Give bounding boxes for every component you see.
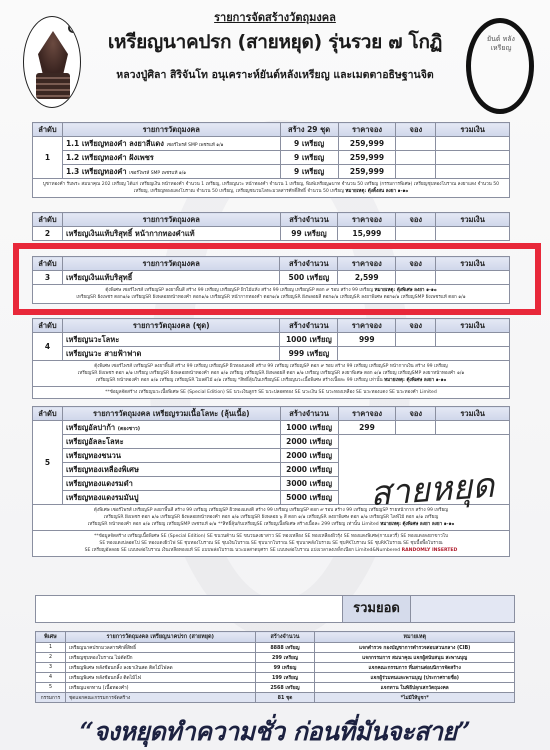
note-row: ตุ้งพิเศษ เซอร์ไพรส์ เหรียญSP ลงยาพื้นสี… — [33, 285, 510, 304]
table-header-row: ลำดับ รายการวัตถุมงคล เหรียญรวมเนื้อโลหะ… — [33, 407, 510, 421]
se-note-row: **ข้อมูลจัดสร้าง เหรียญเนื้อพิเศษ SE (Sp… — [33, 531, 510, 557]
col-price: ราคาจอง — [338, 123, 396, 137]
table-row: 1.3 เหรียญทองคำ เซอร์ไพรส์ SMP เพชรแท้ ๑… — [33, 165, 510, 179]
table-row: 5 เหรียญแจกทาน (เนื้อทองคำ) 2568 เหรียญ … — [36, 683, 515, 693]
doc-subtitle: หลวงปู่ศิลา สิริจันโท อนุเคราะห์ยันต์หลั… — [60, 66, 490, 83]
table-header-row: ลำดับ รายการวัตถุมงคล สร้าง 29 ชุด ราคาจ… — [33, 123, 510, 137]
se-note-row: **ข้อมูลจัดสร้าง เหรียญนวะเนื้อพิเศษ SE … — [33, 387, 510, 399]
total-cell[interactable] — [436, 271, 510, 285]
table-row: 1 เหรียญนาคปรกมวลสารศักดิ์สิทธิ์ 8888 เห… — [36, 643, 515, 653]
table-special: พิเศษ รายการวัตถุมงคล เหรียญนาคปรก (สายห… — [35, 631, 515, 703]
reserve-cell[interactable] — [396, 137, 436, 151]
table-header-row: พิเศษ รายการวัตถุมงคล เหรียญนาคปรก (สายห… — [36, 632, 515, 643]
grand-total-label: รวมยอด — [342, 596, 410, 622]
reserve-cell[interactable] — [396, 227, 436, 241]
grand-total-box: รวมยอด — [35, 595, 515, 623]
reserve-cell[interactable] — [396, 165, 436, 179]
handwritten-signature: สายหยุด — [368, 458, 496, 521]
table-row: 3 เหรียญเงินแท้บริสุทธิ์ 500 เหรียญ 2,59… — [33, 271, 510, 285]
reserve-cell[interactable] — [396, 151, 436, 165]
total-cell[interactable] — [436, 137, 510, 151]
total-cell[interactable] — [436, 421, 510, 435]
table-row: 2 เหรียญเงินแท้บริสุทธิ์ หน้ากากทองคำแท้… — [33, 227, 510, 241]
reserve-cell[interactable] — [396, 421, 436, 435]
total-cell[interactable] — [436, 165, 510, 179]
table-section-1: ลำดับ รายการวัตถุมงคล สร้าง 29 ชุด ราคาจ… — [32, 122, 510, 198]
table-row: 4 เหรียญพิเศษ หลังช้อนกลิ้ง ติดไม้ไฟ 199… — [36, 673, 515, 683]
slogan-tagline: “จงหยุดทำความชั่ว ก่อนที่มันจะสาย” — [0, 712, 550, 750]
note-row: ตุ้งพิเศษ เซอร์ไพรส์ เหรียญSP ลงยาพื้นสี… — [33, 361, 510, 387]
table-row: 5 เหรียญอัลปาก้า (ตองชาว) 1000 เหรียญ 29… — [33, 421, 510, 435]
total-cell[interactable] — [436, 227, 510, 241]
table-header-row: ลำดับ รายการวัตถุมงคล สร้างจำนวน ราคาจอง… — [33, 257, 510, 271]
table-header-row: ลำดับ รายการวัตถุมงคล สร้างจำนวน ราคาจอง… — [33, 213, 510, 227]
table-row: เหรียญอัลละโลหะ 2000 เหรียญ — [33, 435, 510, 449]
reserve-cell[interactable] — [396, 271, 436, 285]
col-item: รายการวัตถุมงคล — [62, 123, 280, 137]
table-row: 1 1.1 เหรียญทองคำ ลงยาสีแดง เซอร์ไพรส์ S… — [33, 137, 510, 151]
col-qty: สร้าง 29 ชุด — [280, 123, 338, 137]
table-row: 4 เหรียญนวะโลหะ 1000 เหรียญ 999 — [33, 333, 510, 347]
table-section-2: ลำดับ รายการวัตถุมงคล สร้างจำนวน ราคาจอง… — [32, 212, 510, 241]
col-no: ลำดับ — [33, 123, 63, 137]
grand-total-field[interactable] — [410, 596, 514, 622]
table-section-4: ลำดับ รายการวัตถุมงคล (ชุด) สร้างจำนวน ร… — [32, 318, 510, 399]
doc-main-title: เหรียญนาคปรก (สายหยุด) รุ่นรวย ๗ โกฏิ — [60, 27, 490, 57]
table-row: เหรียญนวะ สายฟ้าฟาด 999 เหรียญ — [33, 347, 510, 361]
col-total: รวมเงิน — [436, 123, 510, 137]
document-page: ยันต์ หลังเหรียญ รายการจัดสร้างวัตถุมงคล… — [0, 0, 550, 750]
table-section-3: ลำดับ รายการวัตถุมงคล สร้างจำนวน ราคาจอง… — [32, 256, 510, 304]
total-cell[interactable] — [436, 333, 510, 347]
table-row: 2 เหรียญชุบทองโบราณ ไม่ตัดปีก 299 เหรียญ… — [36, 653, 515, 663]
table-row: 3 เหรียญพิเศษ หลังช้อนกลิ้ง ลงยาเงินสด ต… — [36, 663, 515, 673]
reserve-cell[interactable] — [396, 333, 436, 347]
doc-top-title: รายการจัดสร้างวัตถุมงคล — [0, 8, 550, 26]
note-row: บูชาทองคำ รับพระ สมนาคุณ 202 เหรียญ ได้แ… — [33, 179, 510, 198]
table-header-row: ลำดับ รายการวัตถุมงคล (ชุด) สร้างจำนวน ร… — [33, 319, 510, 333]
total-cell[interactable] — [436, 151, 510, 165]
col-reserve: จอง — [396, 123, 436, 137]
table-row: กรรมการ ชุดแจกคณะกรรมการจัดสร้าง 81 ชุด … — [36, 693, 515, 703]
table-row: 1.2 เหรียญทองคำ ฝังเพชร 9 เหรียญ 259,999 — [33, 151, 510, 165]
